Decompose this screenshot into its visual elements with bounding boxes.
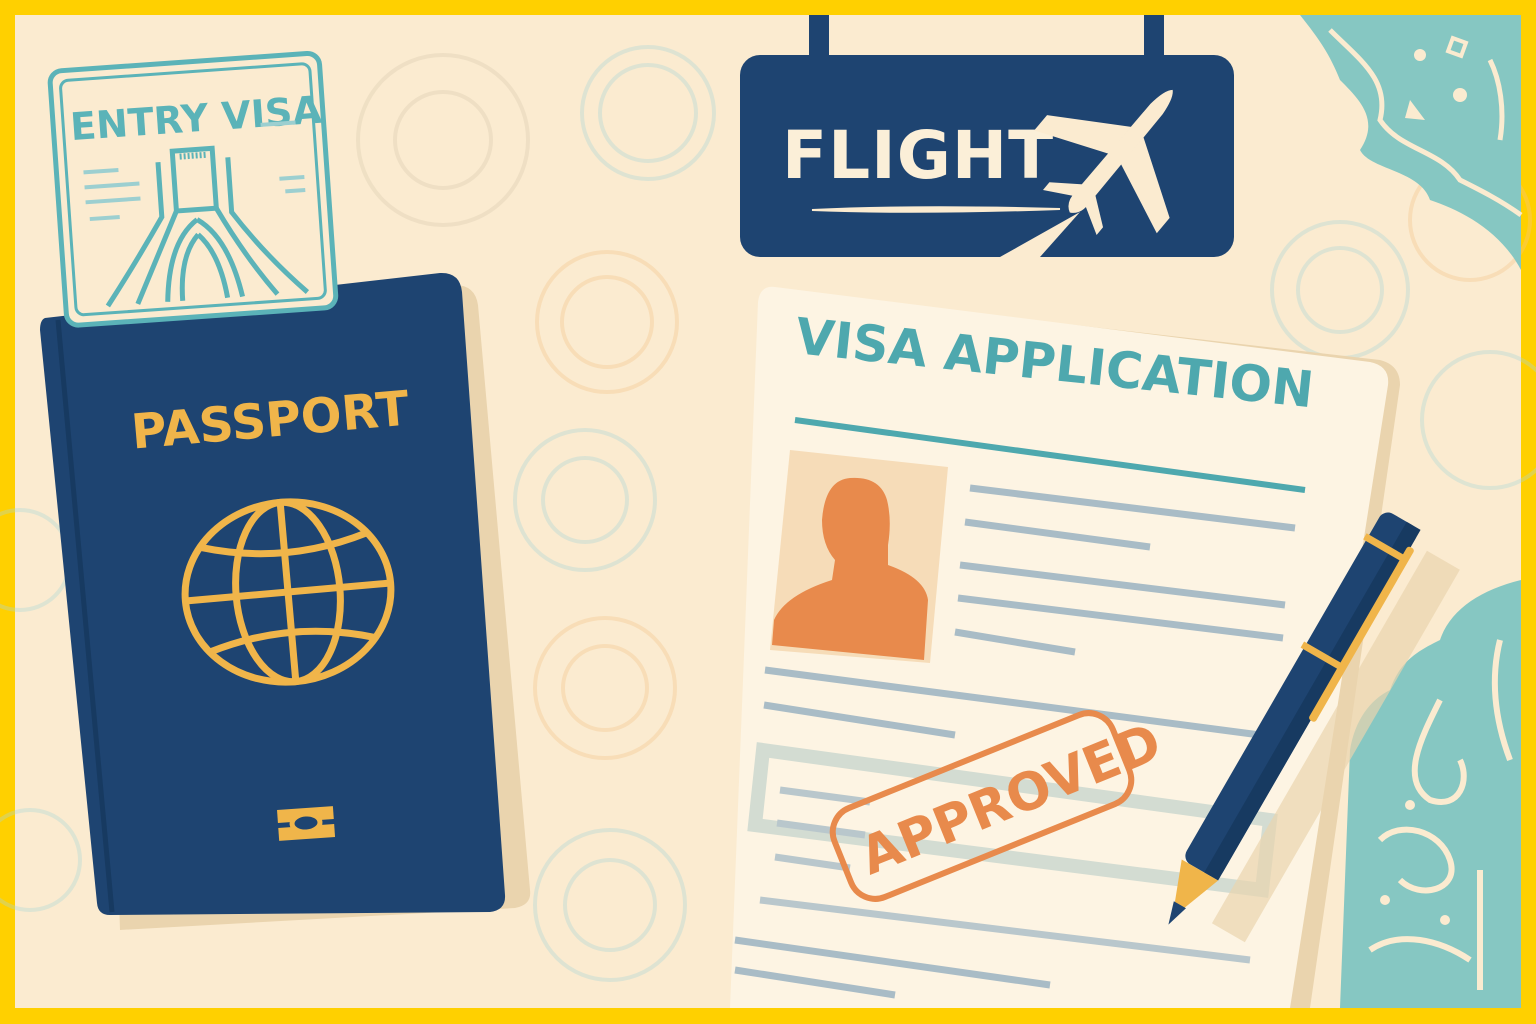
entry-visa-stamp: ENTRY VISA [49,53,336,326]
passport: PASSPORT [40,273,505,915]
applicant-photo [770,450,948,663]
travel-visa-illustration: PASSPORT ENTRY VISA [0,0,1536,1024]
visa-application-document: VISA APPLICATION [730,287,1388,1008]
flight-label: FLIGHT [782,117,1054,194]
